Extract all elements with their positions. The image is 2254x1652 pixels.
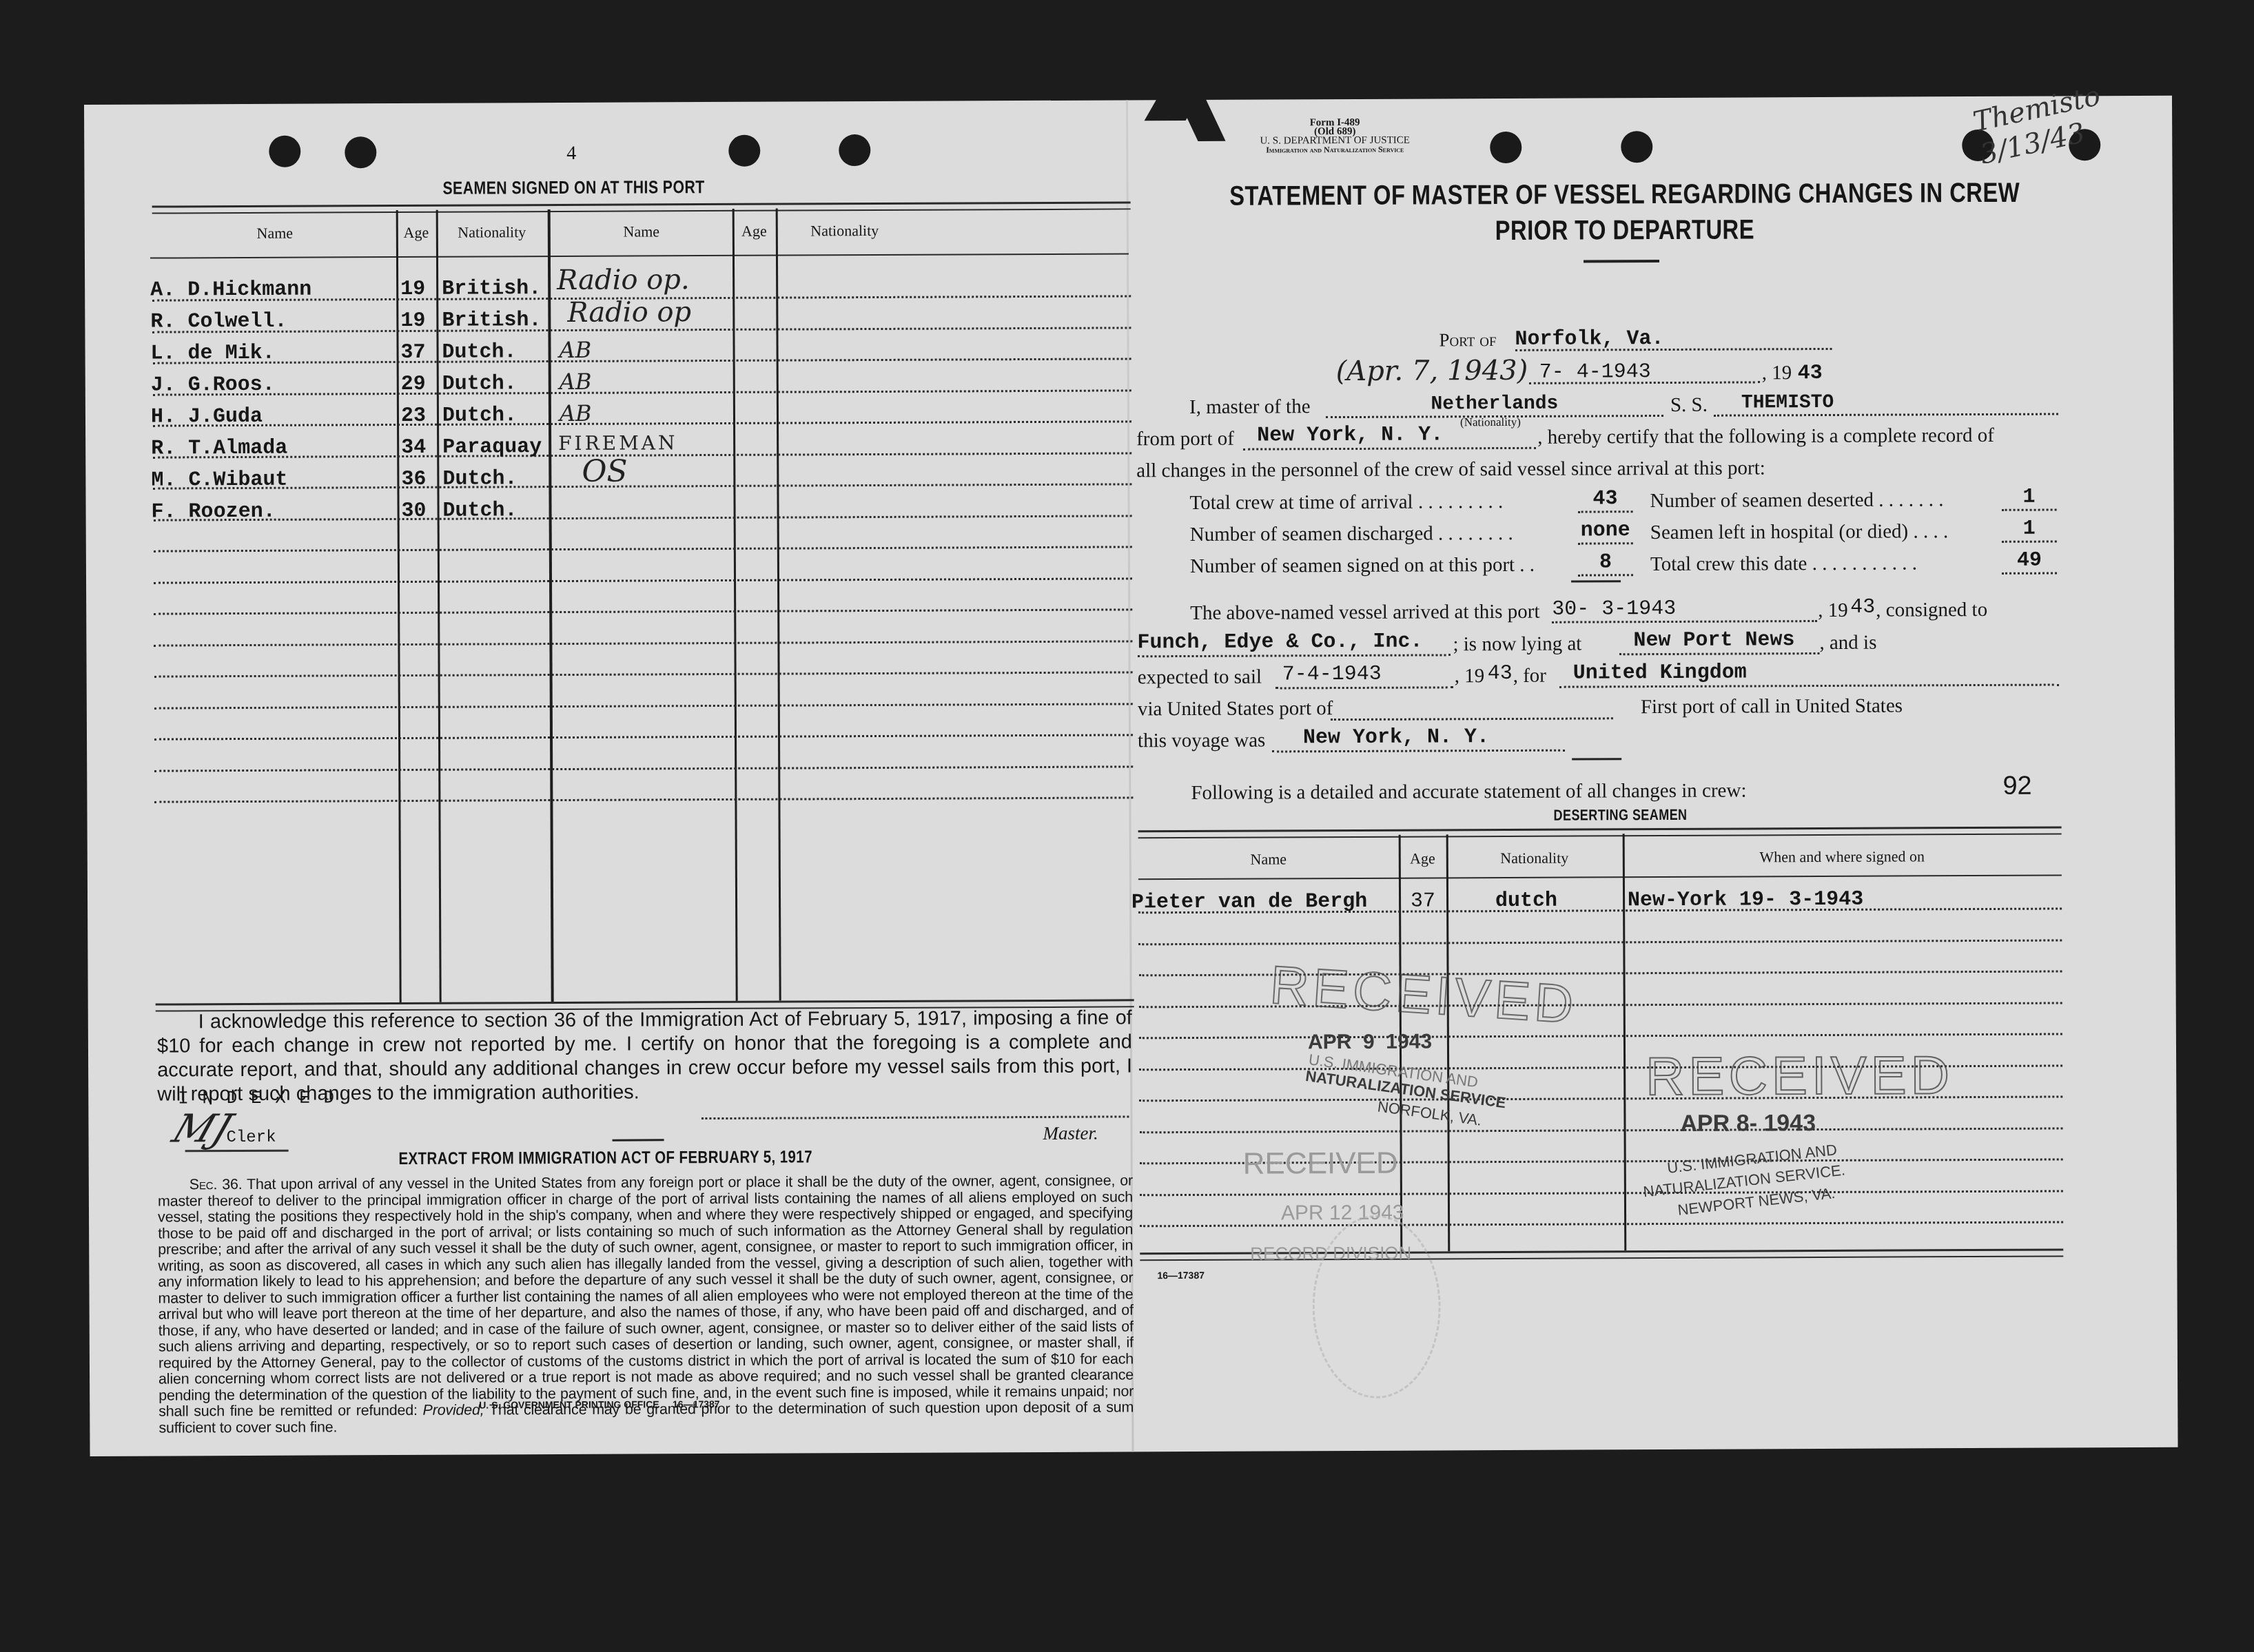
seaman-age: 19 [400,309,425,333]
form-header: Form I-489 (Old 689) U. S. DEPARTMENT OF… [1245,118,1424,155]
seaman-rating: AB [560,369,592,395]
printer-code: 16—17387 [1157,1270,1205,1281]
clerk-label: Clerk [226,1128,276,1147]
destination-value: United Kingdom [1559,661,1747,685]
deserter-name: Pieter van de Bergh [1131,890,1367,914]
date-year-prefix: , 19 [1762,362,1792,384]
seaman-nationality: British. [442,309,541,333]
seaman-rating: FIREMAN [558,431,678,455]
stamp-received-text: RECEIVED [1243,1146,1398,1181]
sail-field: 7-4-1943 [1275,661,1453,689]
lying-field: New Port News [1619,628,1819,655]
desert-header-signed-on: When and where signed on [1623,847,2062,867]
master-label: Master. [1043,1123,1098,1144]
handwritten-vessel-note: Themisto 3/13/43 [1970,81,2105,172]
lying-value: New Port News [1619,628,1794,652]
stat-label-deserted: Number of seamen deserted . . . . . . . [1650,488,1943,513]
certify-text-2: all changes in the personnel of the crew… [1136,457,1765,482]
table-row: J. G.Roos. 29 Dutch. AB [84,100,1125,105]
seaman-age: 29 [401,373,426,396]
consignee-value: Funch, Edye & Co., Inc. [1137,630,1422,655]
page-mark: 92 [2002,772,2031,801]
voyage-label: this voyage was [1138,730,1265,753]
table-row: M. C.Wibaut 36 Dutch. OS [84,100,1125,105]
seaman-nationality: Dutch. [442,404,517,427]
arrived-label: The above-named vessel arrived at this p… [1190,601,1539,625]
voyage-field: New York, N. Y. [1272,725,1565,753]
ship-name-field: THEMISTO [1714,389,2058,417]
right-page-title-line2: PRIOR TO DEPARTURE [1218,214,2031,248]
date-year: 43 [1798,362,1823,385]
nationality-value: Netherlands [1431,393,1558,415]
extract-provided: Provided, [423,1401,484,1418]
arrived-value: 30- 3-1943 [1552,597,1676,621]
row-rule [1139,1033,2062,1039]
row-rule [154,546,1132,552]
row-rule [154,640,1132,646]
row-rule [1140,1221,2063,1227]
via-field [1331,692,1613,721]
printer-line: U. S. GOVERNMENT PRINTING OFFICE 16—1738… [479,1398,719,1411]
col-header-name: Name [154,224,396,243]
seaman-nationality: Dutch. [442,340,517,364]
seaman-nationality: Dutch. [442,372,517,395]
consignee-field: Funch, Edye & Co., Inc. [1137,629,1451,657]
seaman-age: 34 [401,436,426,460]
desert-header-underline [1138,874,2062,880]
sail-year-prefix: , 19 [1455,665,1485,688]
row-rule [154,515,1132,521]
circular-seal [1312,1215,1441,1398]
deserting-title: DESERTING SEAMEN [1473,805,1768,825]
desert-col-divider [1623,834,1627,1250]
section-divider [1571,580,1621,582]
seaman-nationality: Dutch. [442,467,517,491]
desert-col-divider [1446,834,1451,1251]
row-rule [153,483,1131,489]
voyage-value: New York, N. Y. [1272,725,1489,750]
row-rule [154,577,1132,584]
clerk-line [185,1150,289,1153]
seaman-name: M. C.Wibaut [151,468,287,493]
table-row: R. Colwell. 19 British. Radio op [84,100,1125,105]
seaman-age: 23 [401,404,426,428]
row-rule [1140,1190,2063,1196]
port-field: Norfolk, Va. [1515,326,1832,351]
stamp-date: APR 9 1943 [1308,1030,1432,1054]
stat-label-signed-on: Number of seamen signed on at this port … [1190,554,1535,578]
stat-value-total-date: 49 [2002,549,2057,575]
seaman-age: 36 [401,468,426,491]
seaman-name: R. Colwell. [150,310,287,334]
row-rule [154,671,1133,677]
seaman-name: H. J.Guda [151,405,263,429]
extract-divider [613,1139,664,1141]
stat-value-hospital: 1 [2002,517,2057,543]
seaman-rating: Radio op [567,296,691,329]
date-field: 7- 4-1943 [1529,359,1760,384]
stamp-date: APR 8- 1943 [1680,1110,1816,1137]
extract-text: Sec. 36. That upon arrival of any vessel… [158,1173,1134,1436]
left-page-title: SEAMEN SIGNED ON AT THIS PORT [387,176,760,199]
row-rule [154,765,1133,772]
right-page: Form I-489 (Old 689) U. S. DEPARTMENT OF… [1128,96,2178,1451]
from-port-value: New York, N. Y. [1243,423,1443,447]
sail-value: 7-4-1943 [1275,663,1382,687]
extract-section: Sec. 36. [189,1176,243,1192]
stat-value-total-arrival: 43 [1577,487,1632,513]
col-header-age: Age [396,224,436,242]
stat-label-total-date: Total crew this date . . . . . . . . . .… [1650,552,1917,576]
ss-label: S. S. [1670,394,1708,417]
left-table-rows [84,100,1125,105]
seaman-age: 37 [401,341,426,364]
nationality-field: Netherlands [1326,391,1663,418]
deserter-signed-on: New-York 19- 3-1943 [1628,888,1863,912]
table-top-rule [152,201,1131,214]
desert-header-age: Age [1399,849,1446,867]
row-rule [154,608,1132,615]
via-label: via United States port of [1138,697,1333,721]
seaman-name: F. Roozen. [152,500,276,524]
consigned-label: , consigned to [1876,599,1987,622]
seaman-nationality: British. [442,277,541,301]
deserter-age: 37 [1411,889,1435,913]
for-label: , for [1513,665,1546,688]
stat-value-signed-on: 8 [1578,550,1633,576]
date-value: 7- 4-1943 [1529,360,1651,384]
and-is-label: , and is [1819,632,1876,654]
stat-value-deserted: 1 [2001,486,2056,511]
row-rule [153,420,1131,426]
extract-title: EXTRACT FROM IMMIGRATION ACT OF FEBRUARY… [351,1147,860,1169]
indexed-stamp: I N D E X E D [178,1087,336,1108]
seaman-rating: OS [582,454,627,489]
header-underline [150,253,1129,258]
seaman-age: 30 [402,499,427,523]
arrived-year: 43 [1850,596,1875,619]
sail-year: 43 [1488,662,1513,685]
stat-label-hospital: Seamen left in hospital (or died) . . . … [1650,520,1949,544]
row-rule [1140,1127,2063,1133]
master-of-label: I, master of the [1189,395,1311,419]
seaman-rating: Radio op. [557,264,690,296]
row-rule [154,796,1133,803]
row-rule [153,389,1131,395]
desert-header-name: Name [1138,850,1399,869]
row-rule [154,703,1133,709]
section-divider-2 [1572,758,1621,760]
seaman-name: A. D.Hickmann [150,278,311,302]
seaman-nationality: Paraquay [442,435,542,460]
sail-label: expected to sail [1138,666,1262,690]
service-name: Immigration and Naturalization Service [1245,145,1424,155]
destination-field: United Kingdom [1559,659,2059,688]
right-page-title-line1: STATEMENT OF MASTER OF VESSEL REGARDING … [1218,178,2031,212]
deserter-nationality: dutch [1495,889,1557,913]
seaman-rating: AB [560,400,592,426]
arrived-year-prefix: , 19 [1818,599,1848,622]
following-text: Following is a detailed and accurate sta… [1191,779,1746,805]
seaman-name: J. G.Roos. [151,373,275,397]
stat-label-total-arrival: Total crew at time of arrival . . . . . … [1189,491,1503,515]
master-signature-line [701,1115,1129,1119]
ship-name-value: THEMISTO [1714,392,1834,414]
stamp-received-text: RECEIVED [1268,953,1579,1036]
seaman-rating: AB [559,337,591,363]
desert-header-nationality: Nationality [1446,849,1623,867]
extract-body: That upon arrival of any vessel in the U… [158,1172,1134,1419]
row-rule [153,358,1131,364]
arrived-field: 30- 3-1943 [1552,596,1817,623]
col-header-nationality: Nationality [436,223,548,242]
stat-label-discharged: Number of seamen discharged . . . . . . … [1190,522,1513,546]
col-header-name-2: Name [551,223,732,241]
desert-table-top-rule [1138,826,2062,838]
seaman-name: L. de Mik. [151,342,275,366]
lying-label: ; is now lying at [1453,633,1581,657]
title-divider [1584,260,1659,262]
col-header-age-2: Age [732,223,776,240]
seaman-nationality: Dutch. [443,499,518,522]
certify-text: , hereby certify that the following is a… [1537,424,1994,449]
row-rule [154,734,1133,740]
table-row: L. de Mik. 37 Dutch. AB [84,100,1125,105]
table-row: A. D.Hickmann 19 British. Radio op. [84,100,1125,105]
table-row: H. J.Guda 23 Dutch. AB [84,100,1125,105]
left-page: 4 SEAMEN SIGNED ON AT THIS PORT Name Age… [84,100,1131,1455]
page-number: 4 [566,143,576,165]
seaman-age: 19 [400,278,425,301]
from-port-label: from port of [1136,428,1234,451]
stamp-received-text: RECEIVED [1646,1044,1954,1108]
first-port-label: First port of call in United States [1641,694,1903,719]
document-paper: 4 SEAMEN SIGNED ON AT THIS PORT Name Age… [84,96,2178,1456]
col-header-nationality-2: Nationality [776,222,914,240]
port-value: Norfolk, Va. [1515,327,1663,351]
from-port-field: New York, N. Y. [1243,422,1536,451]
seaman-name: R. T.Almada [151,437,287,461]
row-rule [1138,939,2062,945]
handwritten-date: (Apr. 7, 1943) [1336,355,1528,387]
table-row: R. T.Almada 34 Paraquay FIREMAN [84,100,1125,105]
table-row: F. Roozen. 30 Dutch. [84,100,1125,105]
stat-value-discharged: none [1578,519,1633,544]
port-label: Port of [1439,329,1496,351]
